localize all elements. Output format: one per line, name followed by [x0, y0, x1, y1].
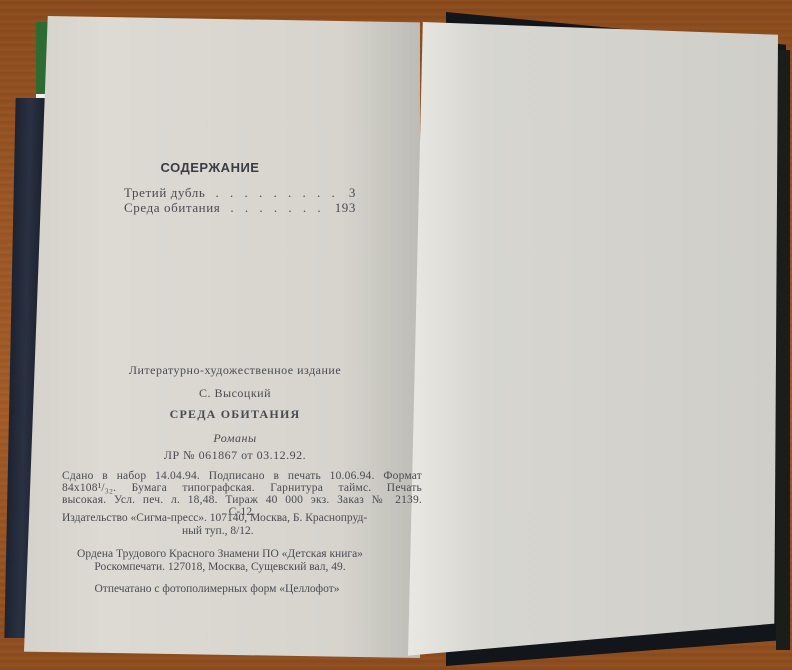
printer-line: Роскомпечати. 127018, Москва, Сущевский …: [0, 561, 440, 574]
book-genre: Романы: [0, 431, 470, 446]
book-cover-edge-right: [776, 50, 790, 650]
print-note: Отпечатано с фотополимерных форм «Целлоф…: [0, 583, 434, 595]
printer-info: Ордена Трудового Красного Знамени ПО «Де…: [0, 548, 440, 574]
toc-entry-page: 193: [335, 200, 356, 216]
toc-entry-title: Третий дубль: [124, 185, 205, 201]
toc-entry: Третий дубль . . . . . . . . . 3: [124, 185, 356, 201]
production-line: Сдано в набор 14.04.94. Подписано в печа…: [62, 470, 422, 482]
production-line: высокая. Усл. печ. л. 18,48. Тираж 40 00…: [62, 494, 422, 506]
author-name: С. Высоцкий: [0, 386, 470, 401]
book-title: СРЕДА ОБИТАНИЯ: [0, 407, 470, 422]
edition-type: Литературно-художественное издание: [0, 363, 470, 378]
toc-entry: Среда обитания . . . . . . . 193: [124, 200, 356, 216]
publisher-line: ный туп., 8/12.: [62, 525, 422, 538]
toc-entry-title: Среда обитания: [124, 200, 220, 216]
license-number: ЛР № 061867 от 03.12.92.: [0, 448, 470, 463]
toc-entry-leader: . . . . . . .: [220, 200, 334, 216]
toc-entry-leader: . . . . . . . . .: [205, 185, 348, 201]
production-details: Сдано в набор 14.04.94. Подписано в печа…: [62, 470, 422, 518]
right-page-blank: [408, 22, 778, 662]
toc-title: СОДЕРЖАНИЕ: [0, 160, 420, 175]
toc-entry-page: 3: [349, 185, 356, 201]
production-line: 84x108¹/₃₂. Бумага типографская. Гарниту…: [62, 482, 422, 494]
publisher-line: Издательство «Сигма-пресс». 107140, Моск…: [62, 512, 422, 525]
printer-line: Ордена Трудового Красного Знамени ПО «Де…: [0, 548, 440, 561]
publisher-info: Издательство «Сигма-пресс». 107140, Моск…: [62, 512, 422, 538]
